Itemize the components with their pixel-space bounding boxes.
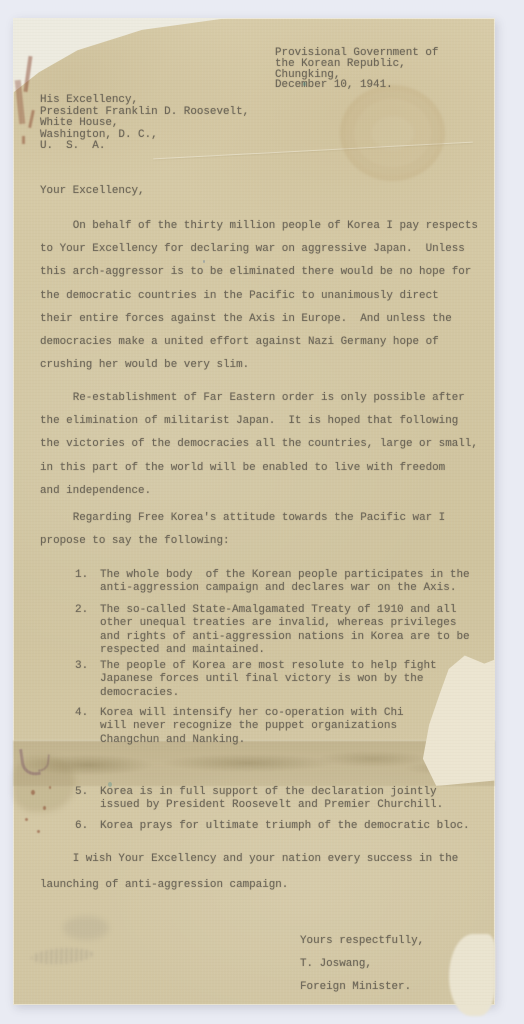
paragraph-1: On behalf of the thirty million people o…: [40, 215, 478, 377]
paragraph-2: Re-establishment of Far Eastern order is…: [40, 387, 478, 503]
ink-stain-left-edge: [22, 136, 25, 144]
letterhead: Provisional Government of the Korean Rep…: [275, 48, 438, 91]
list-item: 2. The so-called State-Amalgamated Treat…: [75, 604, 482, 658]
ink-speck: [25, 818, 28, 821]
salutation: Your Excellency,: [40, 184, 145, 198]
embossed-seal-stamp: [340, 85, 445, 181]
list-item: 5. Korea is in full support of the decla…: [75, 786, 482, 813]
item-text: Korea will intensify her co-operation wi…: [100, 707, 482, 747]
ink-speck: [49, 786, 51, 789]
item-number: 1.: [75, 569, 100, 596]
paper-damage-patch-bottom-right: [449, 934, 495, 1016]
item-number: 4.: [75, 707, 100, 747]
ink-speck: [31, 790, 35, 795]
list-item: 1. The whole body of the Korean people p…: [75, 569, 482, 596]
list-item: 6. Korea prays for ultimate triumph of t…: [75, 820, 482, 833]
ink-speck: [43, 806, 46, 810]
item-text: The whole body of the Korean people part…: [100, 569, 482, 596]
item-number: 2.: [75, 604, 100, 658]
item-text: Korea prays for ultimate triumph of the …: [100, 820, 482, 833]
list-item: 3. The people of Korea are most resolute…: [75, 660, 482, 700]
paragraph-3: Regarding Free Korea's attitude towards …: [40, 507, 445, 553]
item-text: The so-called State-Amalgamated Treaty o…: [100, 604, 482, 658]
item-number: 5.: [75, 786, 100, 813]
letter-document: Provisional Government of the Korean Rep…: [13, 18, 495, 1005]
paper-fleck: [203, 260, 205, 263]
paper-fleck: [108, 782, 112, 787]
scanned-letter-page: Provisional Government of the Korean Rep…: [0, 0, 524, 1024]
pencil-notation: [31, 946, 94, 966]
closing-paragraph: I wish Your Excellency and your nation e…: [40, 846, 458, 898]
torn-corner-top-left: [13, 18, 228, 103]
recipient-address: His Excellency, President Franklin D. Ro…: [40, 95, 249, 153]
signature-block: Yours respectfully, T. Joswang, Foreign …: [300, 930, 424, 998]
ink-speck: [37, 830, 40, 833]
smudge: [63, 916, 109, 940]
item-text: Korea is in full support of the declarat…: [100, 786, 482, 813]
item-number: 3.: [75, 660, 100, 700]
paper-fleck: [303, 82, 306, 86]
list-item: 4. Korea will intensify her co-operation…: [75, 707, 482, 747]
item-text: The people of Korea are most resolute to…: [100, 660, 482, 700]
ink-stain-left-edge: [28, 110, 35, 128]
item-number: 6.: [75, 820, 100, 833]
